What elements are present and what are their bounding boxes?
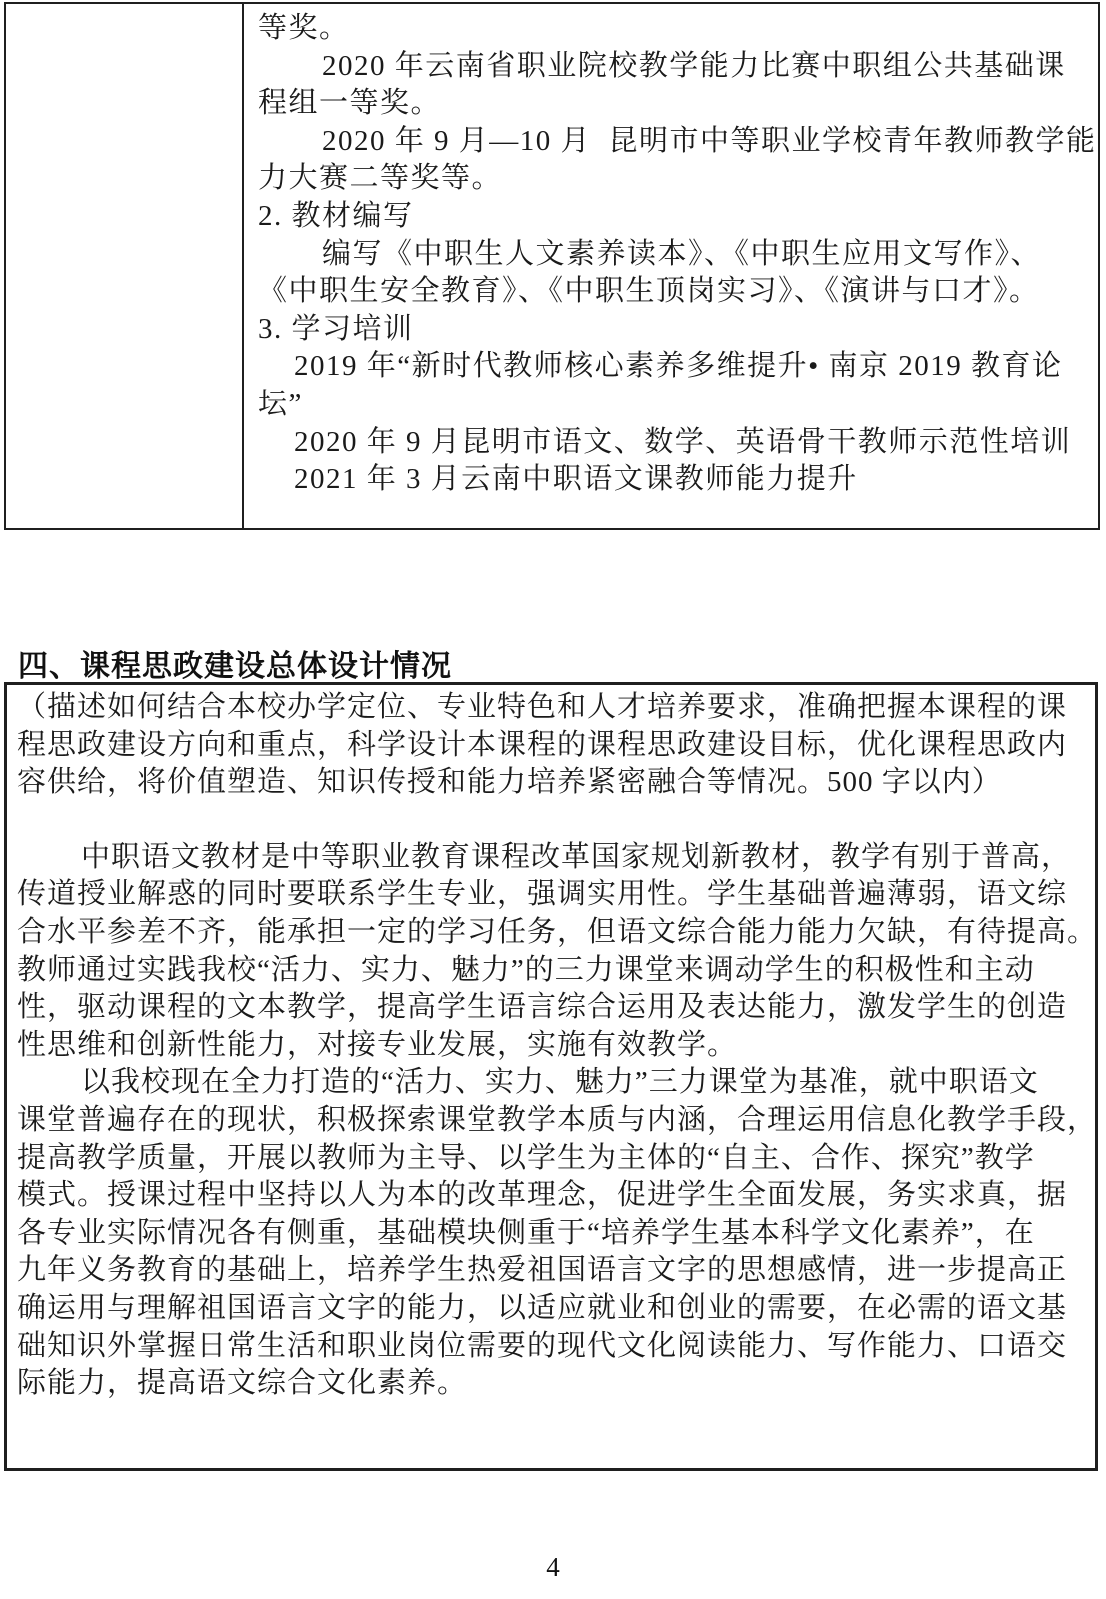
- page-number: 4: [0, 1552, 1106, 1583]
- description-line: （描述如何结合本校办学定位、专业特色和人才培养要求，准确把握本课程的课: [17, 689, 1087, 727]
- paragraph-line: 性，驱动课程的文本教学，提高学生语言综合运用及表达能力，激发学生的创造: [17, 989, 1087, 1027]
- paragraph-line: 传道授业解惑的同时要联系学生专业，强调实用性。学生基础普遍薄弱，语文综: [17, 876, 1087, 914]
- table-text-line: 2. 教材编写: [258, 198, 1096, 236]
- table-text-line: 程组一等奖。: [258, 85, 1096, 123]
- section-content-box: （描述如何结合本校办学定位、专业特色和人才培养要求，准确把握本课程的课程思政建设…: [4, 682, 1098, 1471]
- description-line: 容供给，将价值塑造、知识传授和能力培养紧密融合等情况。500 字以内）: [17, 764, 1087, 802]
- continuation-table: 等奖。2020 年云南省职业院校教学能力比赛中职组公共基础课程组一等奖。2020…: [4, 2, 1100, 530]
- paragraph-gap: [17, 802, 1087, 839]
- table-left-cell: [6, 4, 244, 528]
- paragraph-line: 性思维和创新性能力，对接专业发展，实施有效教学。: [17, 1027, 1087, 1065]
- table-text-line: 3. 学习培训: [258, 311, 1096, 349]
- paragraph-line: 合水平参差不齐，能承担一定的学习任务，但语文综合能力能力欠缺，有待提高。: [17, 914, 1087, 952]
- paragraph-line: 础知识外掌握日常生活和职业岗位需要的现代文化阅读能力、写作能力、口语交: [17, 1328, 1087, 1366]
- body-paragraph-1: 中职语文教材是中等职业教育课程改革国家规划新教材，教学有别于普高，传道授业解惑的…: [17, 839, 1087, 1065]
- paragraph-line: 九年义务教育的基础上，培养学生热爱祖国语言文字的思想感情，进一步提高正: [17, 1252, 1087, 1290]
- table-text-line: 《中职生安全教育》、《中职生顶岗实习》、《演讲与口才》。: [258, 273, 1096, 311]
- table-text-line: 2020 年 9 月昆明市语文、数学、英语骨干教师示范性培训: [258, 424, 1096, 462]
- section-heading: 四、课程思政建设总体设计情况: [18, 641, 452, 685]
- description-line: 程思政建设方向和重点，科学设计本课程的课程思政建设目标，优化课程思政内: [17, 727, 1087, 765]
- paragraph-line: 确运用与理解祖国语言文字的能力，以适应就业和创业的需要，在必需的语文基: [17, 1290, 1087, 1328]
- paragraph-line: 际能力，提高语文综合文化素养。: [17, 1365, 1087, 1403]
- table-right-cell: 等奖。2020 年云南省职业院校教学能力比赛中职组公共基础课程组一等奖。2020…: [244, 4, 1098, 528]
- paragraph-line: 以我校现在全力打造的“活力、实力、魅力”三力课堂为基准，就中职语文: [17, 1064, 1087, 1102]
- body-paragraph-2: 以我校现在全力打造的“活力、实力、魅力”三力课堂为基准，就中职语文课堂普遍存在的…: [17, 1064, 1087, 1402]
- table-text-line: 2020 年 9 月—10 月 昆明市中等职业学校青年教师教学能: [258, 123, 1096, 161]
- table-text-line: 2019 年“新时代教师核心素养多维提升• 南京 2019 教育论: [258, 348, 1096, 386]
- paragraph-line: 提高教学质量，开展以教师为主导、以学生为主体的“自主、合作、探究”教学: [17, 1140, 1087, 1178]
- table-text-line: 力大赛二等奖等。: [258, 160, 1096, 198]
- paragraph-line: 课堂普遍存在的现状，积极探索课堂教学本质与内涵，合理运用信息化教学手段，: [17, 1102, 1087, 1140]
- paragraph-line: 各专业实际情况各有侧重，基础模块侧重于“培养学生基本科学文化素养”，在: [17, 1215, 1087, 1253]
- table-text-line: 坛”: [258, 386, 1096, 424]
- paragraph-line: 中职语文教材是中等职业教育课程改革国家规划新教材，教学有别于普高，: [17, 839, 1087, 877]
- document-page: 等奖。2020 年云南省职业院校教学能力比赛中职组公共基础课程组一等奖。2020…: [0, 0, 1106, 1599]
- table-text-line: 2021 年 3 月云南中职语文课教师能力提升: [258, 461, 1096, 499]
- table-text-line: 2020 年云南省职业院校教学能力比赛中职组公共基础课: [258, 48, 1096, 86]
- paragraph-line: 模式。授课过程中坚持以人为本的改革理念，促进学生全面发展，务实求真，据: [17, 1177, 1087, 1215]
- paragraph-line: 教师通过实践我校“活力、实力、魅力”的三力课堂来调动学生的积极性和主动: [17, 952, 1087, 990]
- description-paragraph: （描述如何结合本校办学定位、专业特色和人才培养要求，准确把握本课程的课程思政建设…: [17, 689, 1087, 802]
- table-text-line: 等奖。: [258, 10, 1096, 48]
- table-text-line: 编写《中职生人文素养读本》、《中职生应用文写作》、: [258, 236, 1096, 274]
